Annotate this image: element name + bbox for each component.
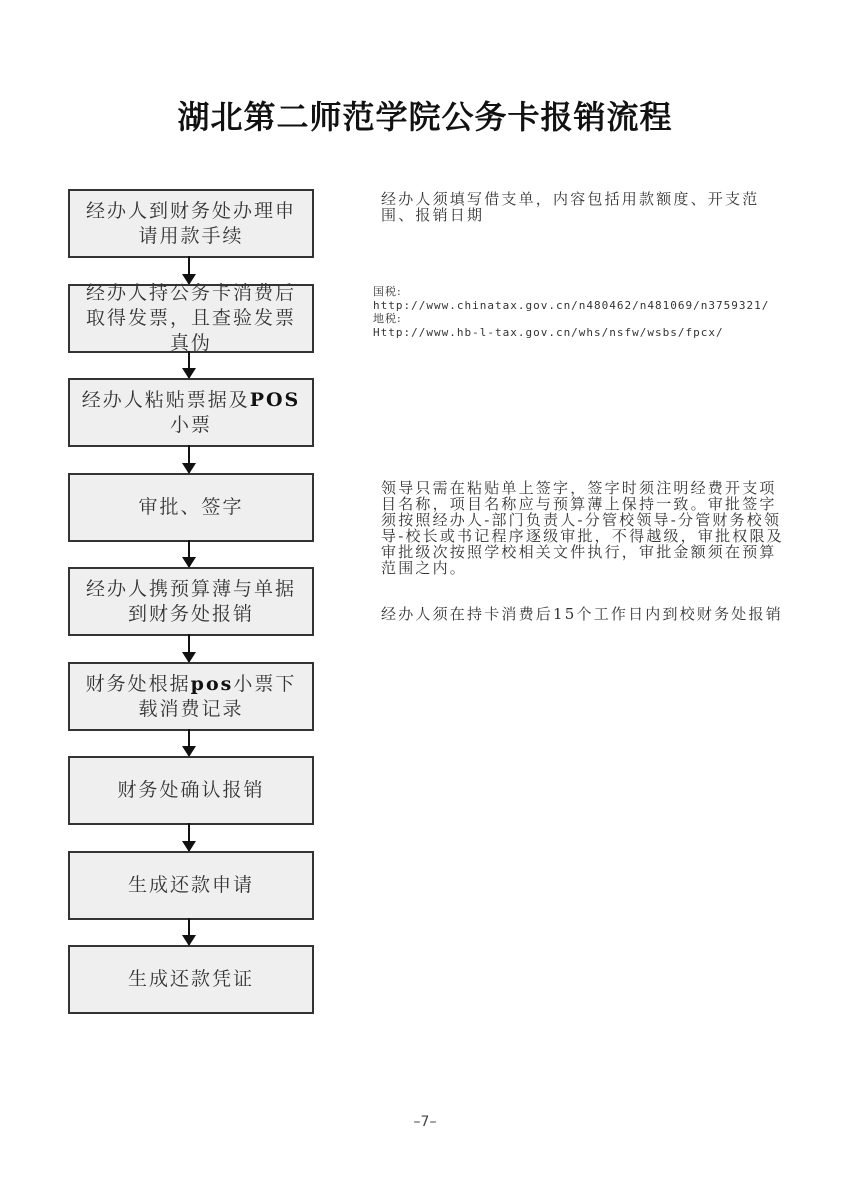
flow-step-confirm-reimbursement: 财务处确认报销 xyxy=(68,756,314,825)
flow-step-label: 经办人粘贴票据及POS小票 xyxy=(70,388,312,438)
flow-step-submit-reimbursement: 经办人携预算薄与单据到财务处报销 xyxy=(68,567,314,636)
note-loan-form: 经办人须填写借支单，内容包括用款额度、开支范围、报销日期 xyxy=(381,191,786,223)
page-title: 湖北第二师范学院公务卡报销流程 xyxy=(0,92,850,138)
flow-step-apply-funds: 经办人到财务处办理申请用款手续 xyxy=(68,189,314,258)
arrow-down-icon xyxy=(188,256,190,284)
local-tax-url[interactable]: Http://www.hb-l-tax.gov.cn/whs/nsfw/wsbs… xyxy=(373,326,793,340)
arrow-down-icon xyxy=(188,918,190,945)
flow-step-label: 审批、签字 xyxy=(132,495,249,520)
flow-step-get-invoice: 经办人持公务卡消费后取得发票，且查验发票真伪 xyxy=(68,284,314,353)
flow-step-repayment-voucher: 生成还款凭证 xyxy=(68,945,314,1014)
arrow-down-icon xyxy=(188,351,190,378)
flow-step-attach-receipts: 经办人粘贴票据及POS小票 xyxy=(68,378,314,447)
flow-step-approval-sign: 审批、签字 xyxy=(68,473,314,542)
flow-step-label: 经办人持公务卡消费后取得发票，且查验发票真伪 xyxy=(70,281,312,356)
flow-step-label: 生成还款凭证 xyxy=(122,967,260,992)
note-approval-rules: 领导只需在粘贴单上签字，签字时须注明经费开支项目名称，项目名称应与预算薄上保持一… xyxy=(381,480,786,576)
national-tax-label: 国税: xyxy=(373,285,793,299)
note-deadline: 经办人须在持卡消费后15个工作日内到校财务处报销 xyxy=(381,606,786,622)
flow-step-label: 经办人到财务处办理申请用款手续 xyxy=(70,199,312,249)
page-number: –7– xyxy=(0,1114,850,1130)
flow-step-label: 经办人携预算薄与单据到财务处报销 xyxy=(70,577,312,627)
national-tax-url[interactable]: http://www.chinatax.gov.cn/n480462/n4810… xyxy=(373,299,793,313)
arrow-down-icon xyxy=(188,729,190,756)
flow-step-repayment-request: 生成还款申请 xyxy=(68,851,314,920)
arrow-down-icon xyxy=(188,634,190,662)
flow-step-label: 生成还款申请 xyxy=(122,873,260,898)
flow-step-label: 财务处确认报销 xyxy=(111,778,270,803)
flow-step-label: 财务处根据pos小票下载消费记录 xyxy=(70,672,312,722)
note-tax-links: 国税: http://www.chinatax.gov.cn/n480462/n… xyxy=(373,285,793,339)
flow-step-download-records: 财务处根据pos小票下载消费记录 xyxy=(68,662,314,731)
local-tax-label: 地税: xyxy=(373,312,793,326)
arrow-down-icon xyxy=(188,823,190,851)
arrow-down-icon xyxy=(188,540,190,567)
arrow-down-icon xyxy=(188,445,190,473)
